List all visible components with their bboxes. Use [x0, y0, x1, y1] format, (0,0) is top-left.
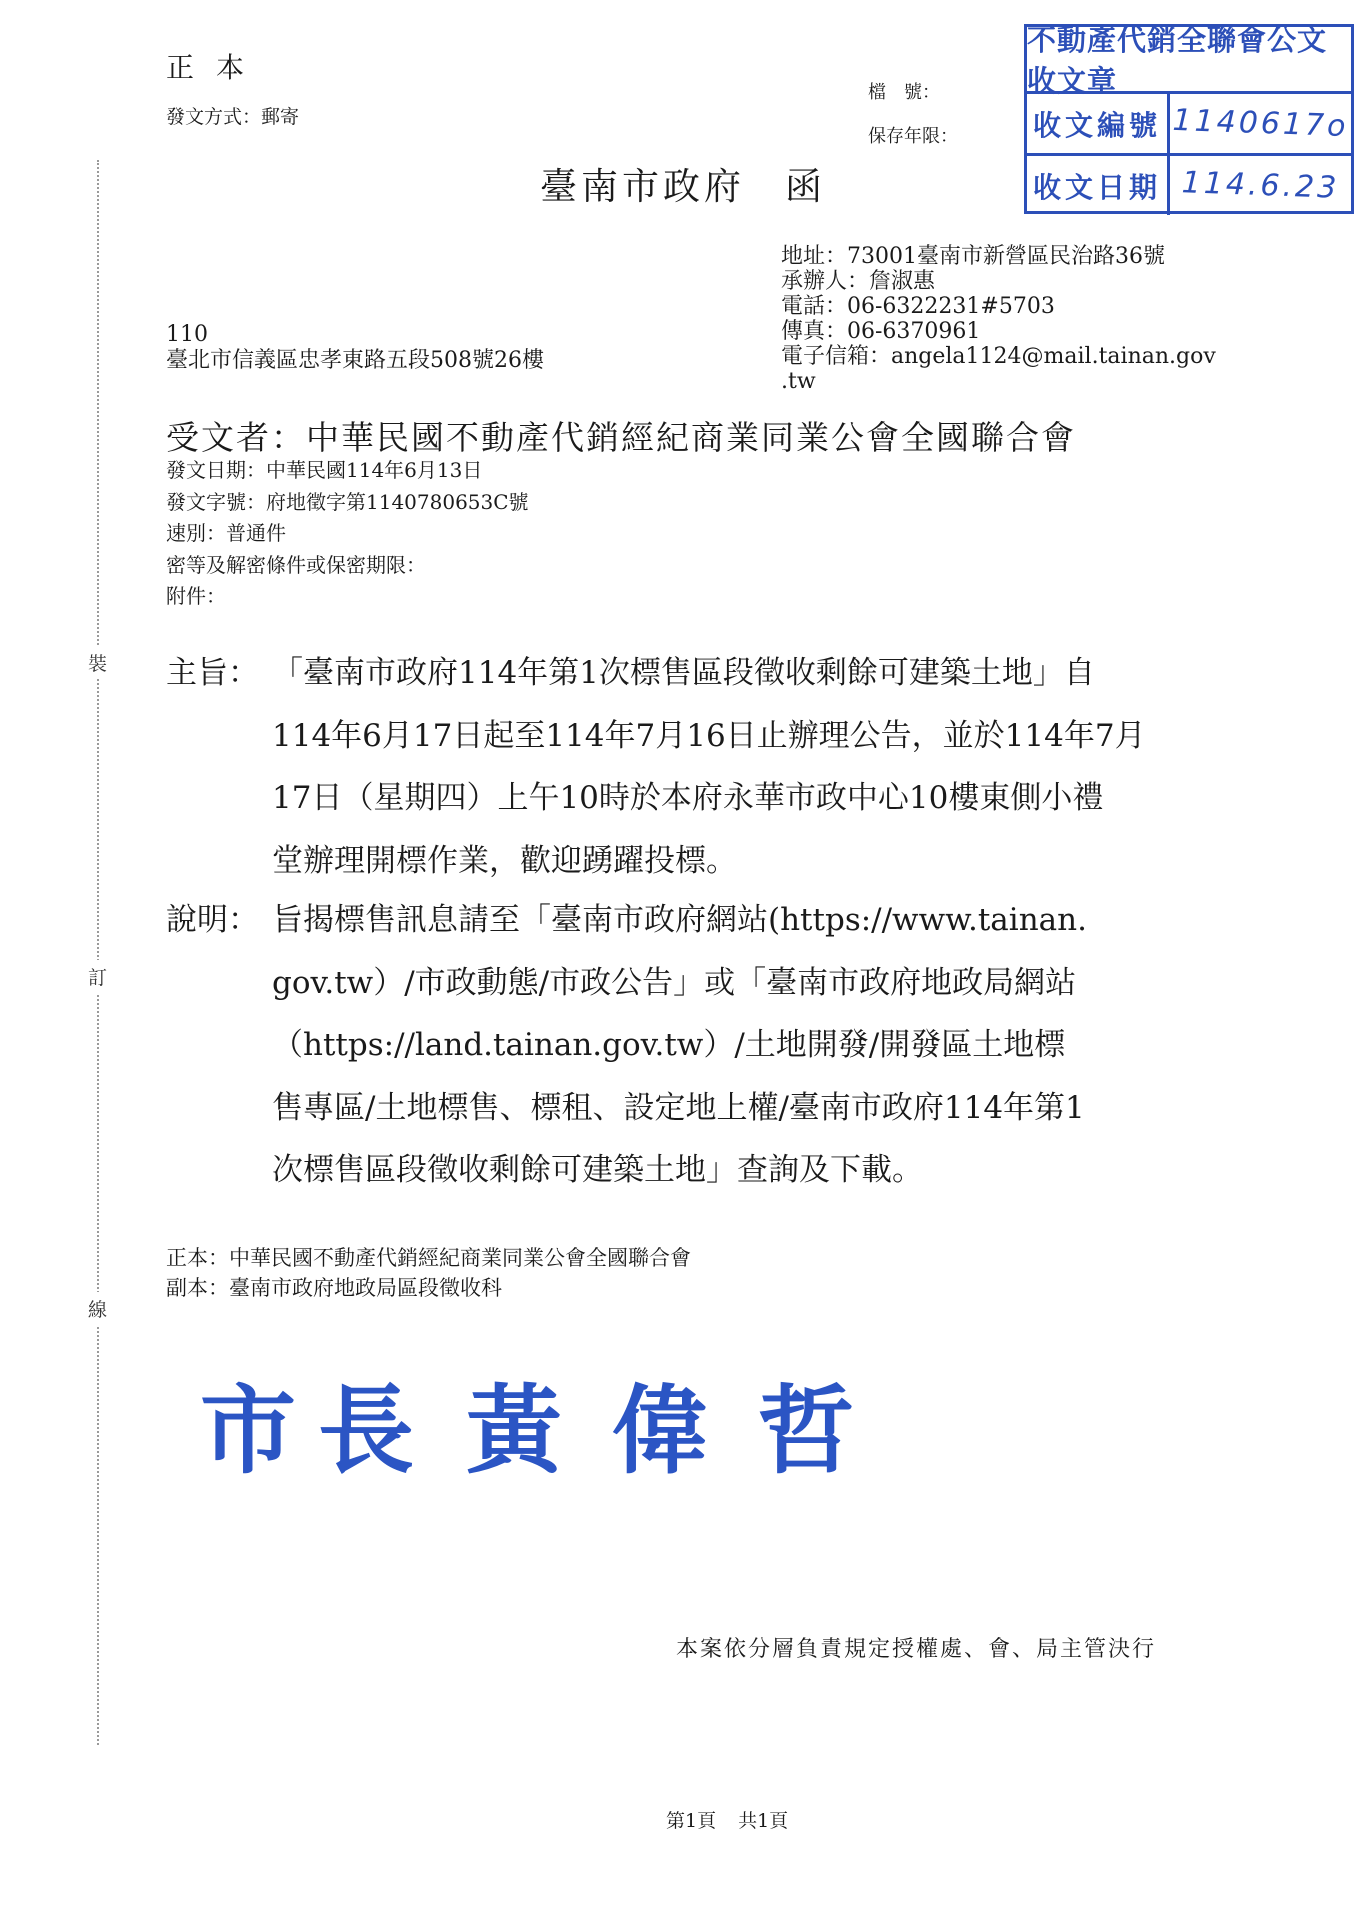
explanation-line: 售專區/土地標售、標租、設定地上權/臺南市政府114年第1	[272, 1077, 1272, 1140]
document-number: 發文字號：府地徵字第1140780653C號	[166, 487, 529, 519]
subject-line: 「臺南市政府114年第1次標售區段徵收剩餘可建築土地」自	[272, 642, 1272, 705]
street-address: 臺北市信義區忠孝東路五段508號26樓	[166, 348, 544, 374]
stamp-label: 收文日期	[1027, 156, 1170, 215]
seal-title: 市長	[200, 1375, 436, 1487]
send-method: 發文方式：郵寄	[166, 102, 299, 129]
issue-date: 發文日期：中華民國114年6月13日	[166, 455, 529, 487]
copy-type: 正本	[166, 46, 266, 86]
stamp-label: 收文編號	[1027, 94, 1170, 153]
distribution-list: 正本：中華民國不動產代銷經紀商業同業公會全國聯合會 副本：臺南市政府地政局區段徵…	[166, 1243, 691, 1303]
receipt-stamp: 不動產代銷全聯會公文收文章 收文編號 1140617o 收文日期 114.6.2…	[1024, 24, 1354, 214]
attachment: 附件：	[166, 581, 529, 613]
phone: 電話：06-6322231#5703	[781, 294, 1216, 319]
page-number: 第1頁共1頁	[666, 1806, 788, 1833]
sender-address: 地址：73001臺南市新營區民治路36號	[781, 244, 1216, 269]
stamp-row-receipt-number: 收文編號 1140617o	[1027, 94, 1351, 153]
stamp-row-receipt-date: 收文日期 114.6.23	[1027, 153, 1351, 215]
current-page: 第1頁	[666, 1810, 716, 1832]
document-meta: 發文日期：中華民國114年6月13日 發文字號：府地徵字第1140780653C…	[166, 455, 529, 613]
explanation-line: 旨揭標售訊息請至「臺南市政府網站(https://www.tainan.	[272, 889, 1272, 952]
explanation-line: gov.tw）/市政動態/市政公告」或「臺南市政府地政局網站	[272, 952, 1272, 1015]
document-type: 函	[785, 165, 826, 208]
stamp-value-receipt-number: 1140617o	[1169, 91, 1352, 156]
recipient-address: 110 臺北市信義區忠孝東路五段508號26樓	[166, 322, 544, 374]
original-recipient: 正本：中華民國不動產代銷經紀商業同業公會全國聯合會	[166, 1243, 691, 1273]
email-continued: .tw	[781, 369, 1216, 394]
postal-code: 110	[166, 322, 544, 348]
subject-line: 堂辦理開標作業，歡迎踴躍投標。	[272, 830, 1272, 893]
binding-mark-ding: 訂	[88, 960, 107, 993]
subject-line: 17日（星期四）上午10時於本府永華市政中心10樓東側小禮	[272, 767, 1272, 830]
fax: 傳真：06-6370961	[781, 319, 1216, 344]
email: 電子信箱：angela1124@mail.tainan.gov	[781, 344, 1216, 369]
explanation-body: 旨揭標售訊息請至「臺南市政府網站(https://www.tainan. gov…	[272, 889, 1272, 1202]
recipient: 受文者：中華民國不動產代銷經紀商業同業公會全國聯合會	[166, 412, 1076, 459]
seal-name: 黃偉哲	[466, 1375, 904, 1487]
binding-line	[97, 160, 99, 1745]
explanation-line: （https://land.tainan.gov.tw）/土地開發/開發區土地標	[272, 1014, 1272, 1077]
mayor-seal: 市長黃偉哲	[200, 1355, 904, 1492]
retention-period-label: 保存年限：	[868, 122, 958, 148]
stamp-title: 不動產代銷全聯會公文收文章	[1027, 27, 1351, 94]
copy-recipient: 副本：臺南市政府地政局區段徵收科	[166, 1273, 691, 1303]
binding-mark-xian: 線	[88, 1292, 107, 1325]
binding-mark-zhuang: 裝	[88, 646, 107, 679]
agency-name: 臺南市政府	[540, 165, 745, 208]
subject-label: 主旨：	[166, 642, 259, 705]
file-number-label: 檔 號：	[868, 78, 940, 104]
handler: 承辦人：詹淑惠	[781, 269, 1216, 294]
explanation-label: 說明：	[166, 889, 259, 952]
subject-line: 114年6月17日起至114年7月16日止辦理公告，並於114年7月	[272, 705, 1272, 768]
document-title: 臺南市政府函	[540, 156, 826, 210]
subject-body: 「臺南市政府114年第1次標售區段徵收剩餘可建築土地」自 114年6月17日起至…	[272, 642, 1272, 892]
total-pages: 共1頁	[738, 1810, 788, 1832]
stamp-value-receipt-date: 114.6.23	[1169, 153, 1352, 218]
delegation-note: 本案依分層負責規定授權處、會、局主管決行	[676, 1632, 1156, 1663]
confidentiality: 密等及解密條件或保密期限：	[166, 550, 529, 582]
sender-contact: 地址：73001臺南市新營區民治路36號 承辦人：詹淑惠 電話：06-63222…	[781, 244, 1216, 394]
speed: 速別：普通件	[166, 518, 529, 550]
explanation-line: 次標售區段徵收剩餘可建築土地」查詢及下載。	[272, 1139, 1272, 1202]
